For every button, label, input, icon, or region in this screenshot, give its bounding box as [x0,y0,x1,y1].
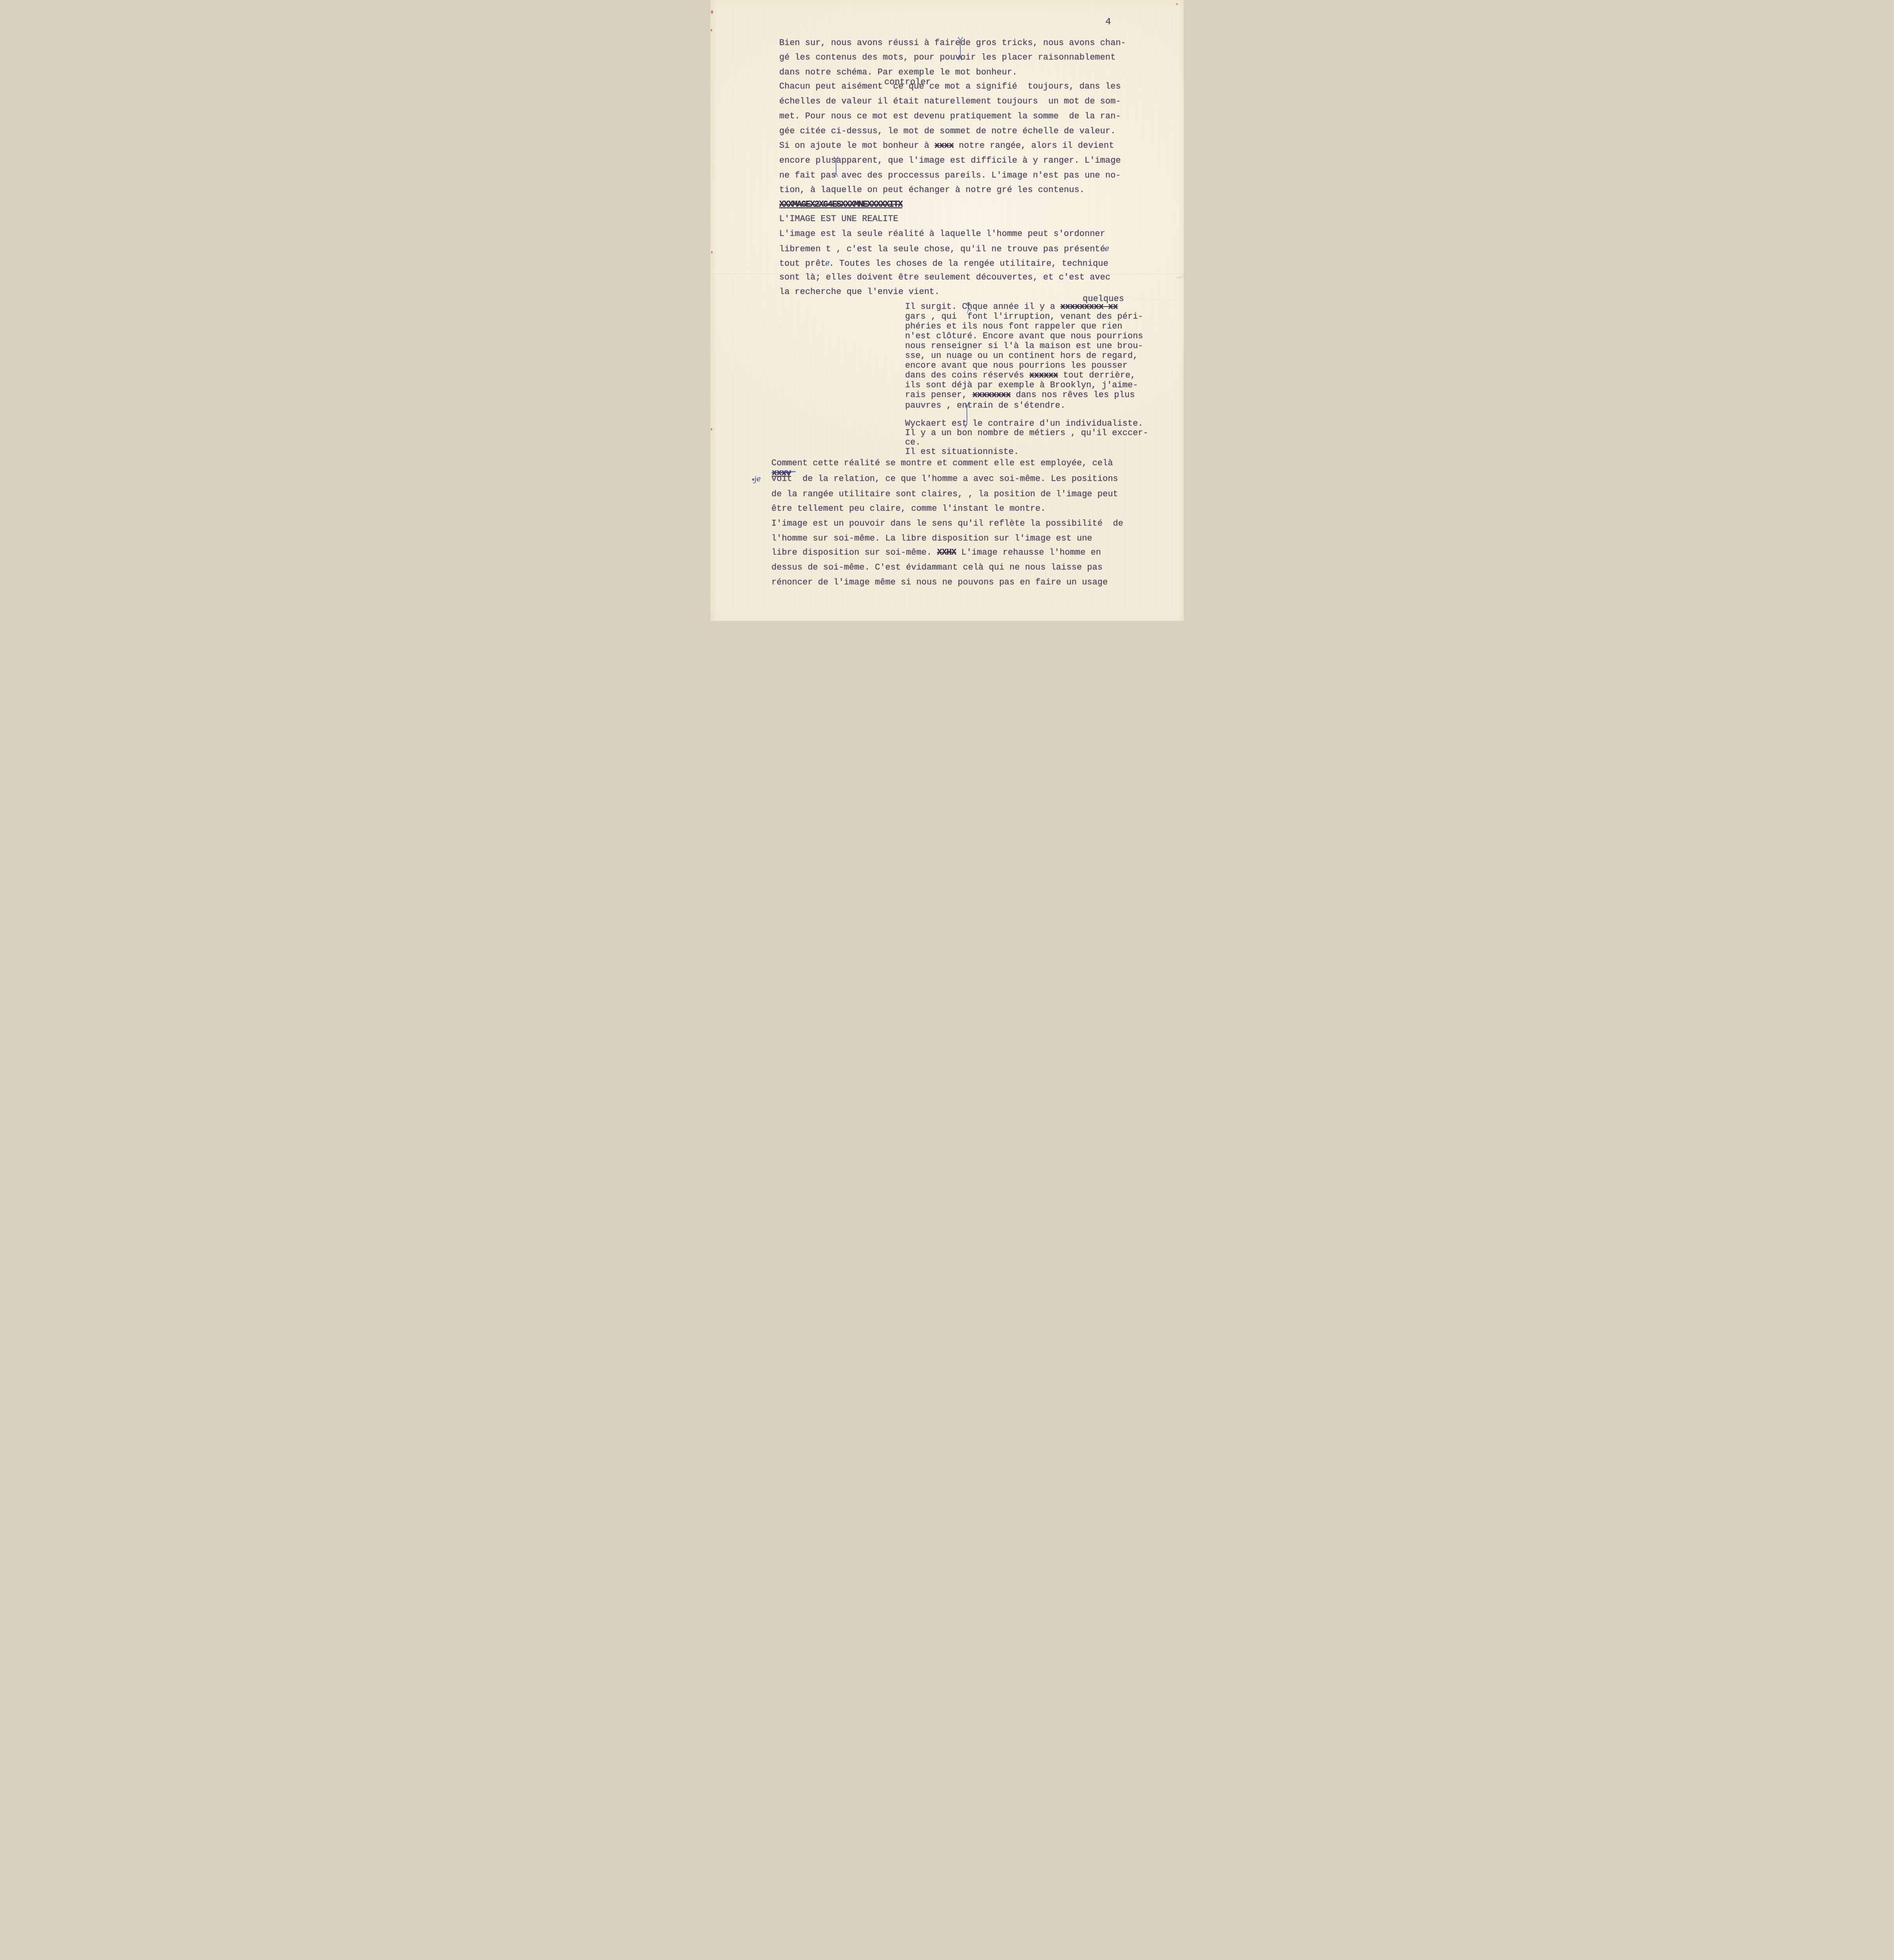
heading-text: L'IMAGE EST UNE REALITE [779,214,898,224]
typed-text: Comment cette réalité se montre et comme… [771,458,1113,468]
struck-out-text: xxxxxx [1029,370,1058,380]
typed-line: gée citée ci-dessus, le mot de sommet de… [779,127,1116,136]
typed-text: de la rangée utilitaire sont claires, , … [771,489,1118,499]
typed-line: dessus de soi-même. C'est évidammant cel… [771,563,1103,572]
typewritten-letter-page: 4 Bien sur, nous avons réussi à fairede … [710,0,1184,621]
struck-out-text: xxxx [934,141,954,151]
typed-text: notre rangée, alors il devient [954,141,1114,151]
typed-text: tout prêt [779,259,826,269]
typed-text: I'image est un pouvoir dans le sens qu'i… [771,519,1123,528]
typed-text: . Toutes les choses de la rengée utilita… [829,259,1108,269]
typed-text: nous renseigner si l'à la maison est une… [905,341,1143,351]
typed-line: Il y a un bon nombre de métiers , qu'il … [905,429,1148,437]
typed-text: libremen t , c'est la seule chose, qu'il… [779,244,1105,254]
typed-line: phéries et ils nous font rappeler que ri… [905,322,1123,331]
typed-line: être tellement peu claire, comme l'insta… [771,505,1046,513]
typed-line: dans notre schéma. Par exemple le mot bo… [779,68,1017,77]
typed-text: gée citée ci-dessus, le mot de sommet de… [779,126,1116,136]
typed-text: encore avant que nous pourrions les pous… [905,361,1128,370]
edge-speck [711,29,712,31]
typed-line: nous renseigner si l'à la maison est une… [905,342,1143,350]
typed-line: Wyckaert est le contraire d'un individua… [905,419,1143,428]
section-heading: L'IMAGE EST UNE REALITE [779,215,898,223]
typed-text: tout derrière, [1058,370,1136,380]
typed-text: apparent, que l'image est difficile à y … [836,156,1121,165]
typed-line: tion, à laquelle on peut échanger à notr… [779,186,1085,194]
typed-text: voit [771,474,792,484]
typed-text: L'image est la seule réalité à laquelle … [779,229,1105,239]
struck-out-text: XXXMAGEX2XG4ESXXXMNEXXXXXITX [779,200,902,209]
typed-text: encore plus [779,156,836,165]
typed-line: la recherche que l'envie vient. [779,288,940,296]
handwritten-correction-e: e [1104,244,1109,253]
edge-speck [711,10,713,14]
typed-line: Il est situationniste. [905,448,1019,456]
page-number-text: 4 [1105,17,1111,27]
typed-line: ne fait pas avec des proccessus pareils.… [779,171,1121,180]
typed-text: Wyckaert est le contraire d'un individua… [905,419,1143,428]
typed-text: libre disposition sur soi-même. [771,548,937,557]
typed-text: Il est situationniste. [905,447,1019,457]
edge-speck [711,251,713,254]
typed-line: Si on ajoute le mot bonheur à xxxx notre… [779,142,1114,150]
struck-out-text: xxxxxxxx [972,390,1011,400]
struck-out-text: XXHX [937,548,956,557]
typed-line: sse, un nuage ou un continent hors de re… [905,352,1138,360]
typed-text: rénoncer de l'image même si nous ne pouv… [771,577,1108,587]
typed-text: Chacun peut aisément ce que ce mot a sig… [779,82,1121,91]
typed-line: échelles de valeur il était naturellemen… [779,97,1121,106]
typed-text: phéries et ils nous font rappeler que ri… [905,321,1123,331]
struck-out-text: xxxxxxxxx xx [1060,302,1118,312]
typed-line: Comment cette réalité se montre et comme… [771,459,1113,468]
typed-line: encore avant que nous pourrions les pous… [905,361,1128,370]
typed-text: ce. [905,437,921,447]
typed-text: n'est clôturé. Encore avant que nous pou… [905,331,1143,341]
typed-line: de la rangée utilitaire sont claires, , … [771,490,1118,499]
typed-text: sse, un nuage ou un continent hors de re… [905,351,1138,361]
typed-line: gé les contenus des mots, pour pouvoir l… [779,53,1116,62]
typed-line: Il surgit. Chque année il y a xxxxxxxxx … [905,303,1118,311]
typed-line: sont là; elles doivent être seulement dé… [779,273,1110,282]
typed-text: Bien sur, nous avons réussi à faire [779,38,960,48]
typed-text: dans des coins réservés [905,370,1029,380]
typed-line: voit de la relation, ce que l'homme a av… [771,475,1118,483]
typed-text: rais penser, [905,390,972,400]
page-number: 4 [1105,18,1111,27]
typed-text: dans nos rêves les plus [1010,390,1135,400]
typed-text: Il y a un bon nombre de métiers , qu'il … [905,428,1148,438]
typed-line: gars , qui font l'irruption, venant des … [905,312,1143,321]
typed-line: I'image est un pouvoir dans le sens qu'i… [771,519,1123,528]
typed-text: dessus de soi-même. C'est évidammant cel… [771,563,1103,572]
typed-line: n'est clôturé. Encore avant que nous pou… [905,332,1143,341]
typed-line: tout prête. Toutes les choses de la reng… [779,259,1108,268]
edge-speck [711,428,712,430]
typed-line: ils sont déjà par exemple à Brooklyn, j'… [905,381,1138,390]
typed-line: L'image est la seule réalité à laquelle … [779,230,1105,238]
typed-text: échelles de valeur il était naturellemen… [779,96,1121,106]
typed-text: ne fait pas avec des proccessus pareils.… [779,171,1121,180]
typed-line: Chacun peut aisément ce que ce mot a sig… [779,82,1121,91]
handwritten-correction-e: e [825,258,830,267]
typed-line: encore plusapparent, que l'image est dif… [779,156,1121,165]
typed-line: rénoncer de l'image même si nous ne pouv… [771,578,1108,587]
typed-text: de la relation, ce que l'homme a avec so… [792,474,1118,484]
handwritten-text: je [754,474,761,484]
typed-text: être tellement peu claire, comme l'insta… [771,504,1046,514]
typed-line: libremen t , c'est la seule chose, qu'il… [779,244,1108,254]
typed-line: dans des coins réservés xxxxxx tout derr… [905,371,1136,380]
typed-text: L'image rehausse l'homme en [956,548,1101,557]
typed-text: la recherche que l'envie vient. [779,287,940,297]
paper-tear [1176,275,1184,281]
typed-text: ils sont déjà par exemple à Brooklyn, j'… [905,380,1138,390]
typed-text: gé les contenus des mots, pour pouvoir l… [779,53,1116,62]
typed-line: l'homme sur soi-même. La libre dispositi… [771,534,1092,543]
crossed-out-line: XXXMAGEX2XG4ESXXXMNEXXXXXITX [779,200,902,209]
typed-text: tion, à laquelle on peut échanger à notr… [779,185,1085,195]
typed-line: libre disposition sur soi-même. XXHX L'i… [771,548,1101,557]
typed-line: rais penser, xxxxxxxx dans nos rêves les… [905,391,1135,399]
typed-text: train de s'étendre. [967,401,1065,410]
typed-line: ce. [905,438,921,447]
typed-text: gars , qui font l'irruption, venant des … [905,312,1143,321]
typed-text: l'homme sur soi-même. La libre dispositi… [771,534,1092,543]
typed-line: pauvres , entrain de s'étendre. [905,401,1065,410]
typed-line: met. Pour nous ce mot est devenu pratiqu… [779,112,1121,121]
typed-text: pauvres , en [905,401,967,410]
handwritten-margin-note-je: je [754,474,761,484]
typed-text: Si on ajoute le mot bonheur à [779,141,934,151]
edge-speck [1176,3,1178,5]
typed-line: Bien sur, nous avons réussi à fairede gr… [779,39,1126,47]
typed-text: dans notre schéma. Par exemple le mot bo… [779,67,1017,77]
typed-text: Il surgit. Chque année il y a [905,302,1060,312]
typed-text: de gros tricks, nous avons chan- [960,38,1126,48]
typed-text: sont là; elles doivent être seulement dé… [779,272,1110,282]
typed-text: met. Pour nous ce mot est devenu pratiqu… [779,111,1121,121]
